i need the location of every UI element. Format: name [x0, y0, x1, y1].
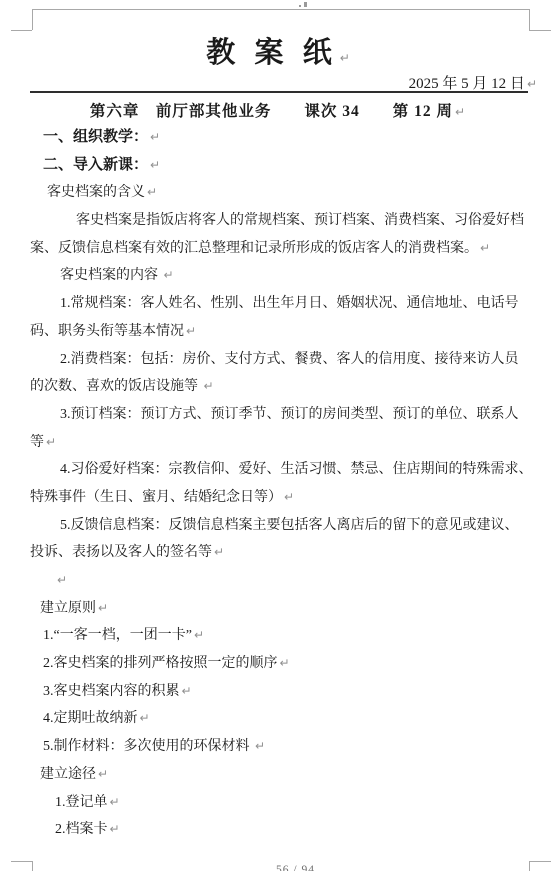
document-page[interactable]: 教 案 纸↵ 2025 年 5 月 12 日↵ 第六章 前厅部其他业务 课次 3…	[0, 0, 556, 871]
line-text: 3.预订档案：预订方式、预订季节、预订的房间类型、预订的单位、联系人	[60, 407, 519, 422]
text-line[interactable]: 1.登记单↵	[55, 789, 556, 817]
paragraph-mark: ↵	[280, 656, 290, 670]
line-text: 等	[30, 435, 44, 450]
line-text: 2.客史档案的排列严格按照一定的顺序	[43, 656, 278, 671]
line-text: 的次数、喜欢的饭店设施等	[30, 379, 202, 394]
paragraph-mark: ↵	[455, 105, 466, 119]
paragraph-mark: ↵	[57, 573, 67, 587]
date-text: 2025 年 5 月 12 日	[409, 76, 525, 92]
paragraph-mark: ↵	[284, 490, 294, 504]
line-text: 1.登记单	[55, 795, 108, 810]
bottom-left-boundary-arm	[11, 861, 32, 862]
line-text: 特殊事件（生日、蜜月、结婚纪念日等）	[30, 490, 282, 505]
paragraph-mark: ↵	[110, 822, 120, 836]
text-line[interactable]: 的次数、喜欢的饭店设施等 ↵	[30, 373, 556, 401]
bottom-right-boundary-step	[529, 861, 530, 871]
paragraph-mark: ↵	[150, 158, 160, 172]
header-remnant-mark	[304, 2, 307, 7]
line-text: 建立原则	[40, 601, 96, 616]
page-number-footer: 56 / 94	[276, 864, 315, 871]
text-line[interactable]: 1.“一客一档，一团一卡”↵	[43, 622, 556, 650]
line-text: 2.档案卡	[55, 822, 108, 837]
line-text: 客史档案的内容	[60, 268, 162, 283]
bottom-right-boundary-arm	[529, 861, 551, 862]
text-line[interactable]: 4.定期吐故纳新↵	[43, 705, 556, 733]
text-line[interactable]: 案、反馈信息档案有效的汇总整理和记录所形成的饭店客人的消费档案。↵	[30, 235, 556, 263]
page-title-text: 教 案 纸	[206, 37, 338, 69]
page-title: 教 案 纸↵	[0, 30, 556, 71]
text-line[interactable]: 1.常规档案：客人姓名、性别、出生年月日、婚姻状况、通信地址、电话号	[60, 290, 556, 318]
line-text: 2.消费档案：包括：房价、支付方式、餐费、客人的信用度、接待来访人员	[60, 352, 519, 367]
text-line[interactable]: 2.档案卡↵	[55, 816, 556, 844]
paragraph-mark: ↵	[204, 379, 214, 393]
text-line[interactable]: 二、导入新课：↵	[43, 152, 556, 180]
text-line[interactable]: 2.客史档案的排列严格按照一定的顺序↵	[43, 650, 556, 678]
bottom-left-boundary-step	[32, 861, 33, 871]
line-text: 案、反馈信息档案有效的汇总整理和记录所形成的饭店客人的消费档案。	[30, 241, 478, 256]
text-line[interactable]: 投诉、表扬以及客人的签名等↵	[30, 539, 556, 567]
line-text: 5.反馈信息档案：反馈信息档案主要包括客人离店后的留下的意见或建议、	[60, 518, 519, 533]
line-text: 一、组织教学：	[43, 129, 148, 145]
header-remnant-dot	[299, 5, 301, 7]
text-line[interactable]: 特殊事件（生日、蜜月、结婚纪念日等）↵	[30, 484, 556, 512]
text-line[interactable]: 5.制作材料：多次使用的环保材料 ↵	[43, 733, 556, 761]
paragraph-mark: ↵	[255, 739, 265, 753]
line-text: 5.制作材料：多次使用的环保材料	[43, 739, 253, 754]
line-text: 3.客史档案内容的积累	[43, 684, 180, 699]
line-text: 4.习俗爱好档案：宗教信仰、爱好、生活习惯、禁忌、住店期间的特殊需求、	[60, 462, 533, 477]
paragraph-mark: ↵	[110, 795, 120, 809]
text-line[interactable]: 客史档案的含义↵	[47, 179, 556, 207]
text-line[interactable]: ↵	[55, 567, 556, 595]
document-lines[interactable]: 一、组织教学：↵二、导入新课：↵客史档案的含义↵客史档案是指饭店将客人的常规档案…	[0, 124, 556, 844]
paragraph-mark: ↵	[194, 628, 204, 642]
top-boundary-line	[32, 9, 529, 10]
paragraph-mark: ↵	[182, 684, 192, 698]
paragraph-mark: ↵	[150, 130, 160, 144]
text-line[interactable]: 码、职务头衔等基本情况↵	[30, 318, 556, 346]
text-line[interactable]: 建立原则↵	[40, 595, 556, 623]
paragraph-mark: ↵	[98, 601, 108, 615]
date-line[interactable]: 2025 年 5 月 12 日↵	[0, 72, 537, 93]
line-text: 二、导入新课：	[43, 157, 148, 173]
paragraph-mark: ↵	[186, 324, 196, 338]
line-text: 投诉、表扬以及客人的签名等	[30, 545, 212, 560]
text-line[interactable]: 5.反馈信息档案：反馈信息档案主要包括客人离店后的留下的意见或建议、	[60, 512, 556, 540]
paragraph-mark: ↵	[164, 268, 174, 282]
header-rule	[30, 91, 528, 93]
paragraph-mark: ↵	[140, 711, 150, 725]
line-text: 码、职务头衔等基本情况	[30, 324, 184, 339]
line-text: 4.定期吐故纳新	[43, 711, 138, 726]
text-line[interactable]: 3.客史档案内容的积累↵	[43, 678, 556, 706]
paragraph-mark: ↵	[147, 185, 157, 199]
line-text: 1.“一客一档，一团一卡”	[43, 628, 192, 643]
paragraph-mark: ↵	[46, 435, 56, 449]
top-left-boundary-step	[32, 9, 33, 30]
line-text: 客史档案是指饭店将客人的常规档案、预订档案、消费档案、习俗爱好档	[76, 213, 524, 228]
paragraph-mark: ↵	[340, 51, 350, 65]
text-line[interactable]: 4.习俗爱好档案：宗教信仰、爱好、生活习惯、禁忌、住店期间的特殊需求、	[60, 456, 556, 484]
text-line[interactable]: 3.预订档案：预订方式、预订季节、预订的房间类型、预订的单位、联系人	[60, 401, 556, 429]
paragraph-mark: ↵	[480, 241, 490, 255]
line-text: 建立途径	[40, 767, 96, 782]
line-text: 客史档案的含义	[47, 185, 145, 200]
text-line[interactable]: 2.消费档案：包括：房价、支付方式、餐费、客人的信用度、接待来访人员	[60, 346, 556, 374]
chapter-heading-text: 第六章 前厅部其他业务 课次 34 第 12 周	[90, 103, 453, 120]
text-line[interactable]: 建立途径↵	[40, 761, 556, 789]
chapter-heading[interactable]: 第六章 前厅部其他业务 课次 34 第 12 周↵	[0, 99, 556, 121]
paragraph-mark: ↵	[214, 545, 224, 559]
paragraph-mark: ↵	[98, 767, 108, 781]
text-line[interactable]: 一、组织教学：↵	[43, 124, 556, 152]
line-text: 1.常规档案：客人姓名、性别、出生年月日、婚姻状况、通信地址、电话号	[60, 296, 519, 311]
text-line[interactable]: 等↵	[30, 429, 556, 457]
text-line[interactable]: 客史档案的内容 ↵	[60, 262, 556, 290]
text-line[interactable]: 客史档案是指饭店将客人的常规档案、预订档案、消费档案、习俗爱好档	[76, 207, 556, 235]
top-right-boundary-step	[529, 9, 530, 30]
paragraph-mark: ↵	[527, 77, 537, 91]
